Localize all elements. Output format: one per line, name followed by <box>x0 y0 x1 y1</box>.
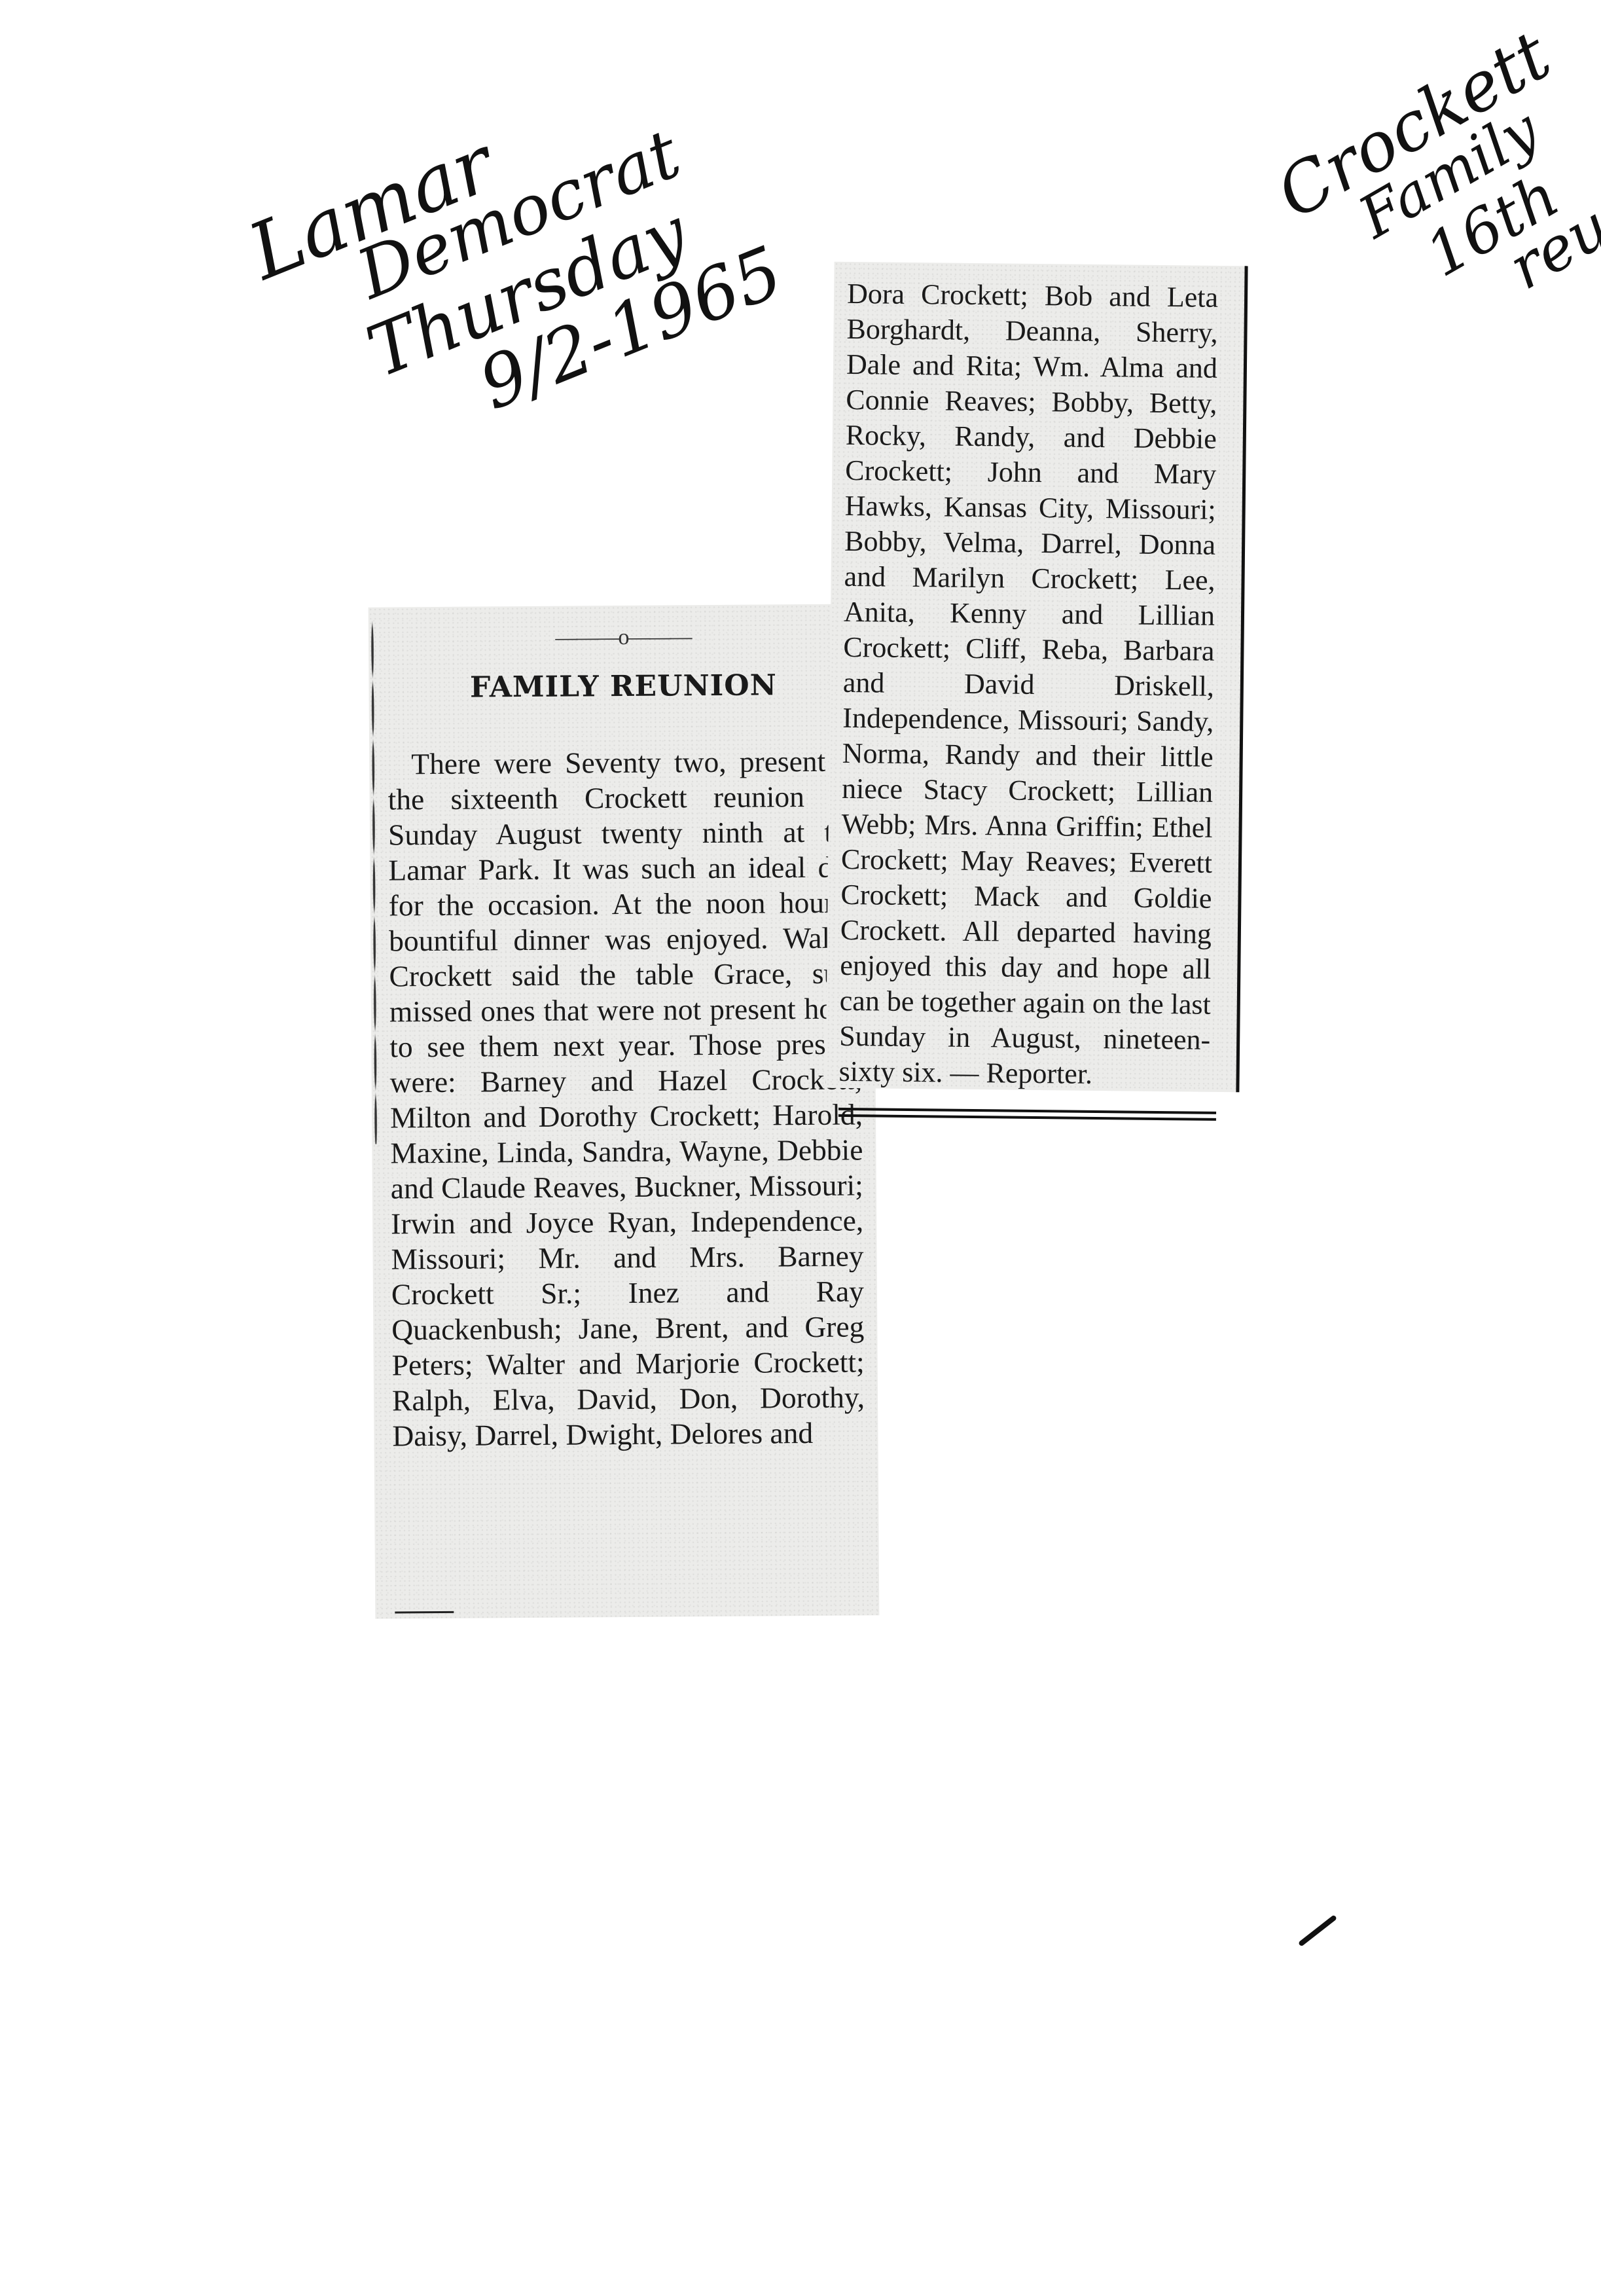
column-end-rule <box>395 1611 454 1614</box>
clipping-edge-marks <box>371 621 378 1144</box>
headline-ornament: ———o——— <box>387 623 859 651</box>
article-body-column-1: There were Seventy two, present at the s… <box>387 743 865 1453</box>
article-body-column-2: Dora Crockett; Bob and Leta Borghardt, D… <box>838 276 1218 1093</box>
article-headline: FAMILY REUNION <box>387 668 859 704</box>
article-end-rule <box>838 1108 1216 1121</box>
newspaper-clipping-column-1: ———o——— FAMILY REUNION There were Sevent… <box>369 604 880 1618</box>
pen-mark <box>1298 1914 1337 1946</box>
newspaper-clipping-column-2: Dora Crockett; Bob and Leta Borghardt, D… <box>825 262 1248 1093</box>
